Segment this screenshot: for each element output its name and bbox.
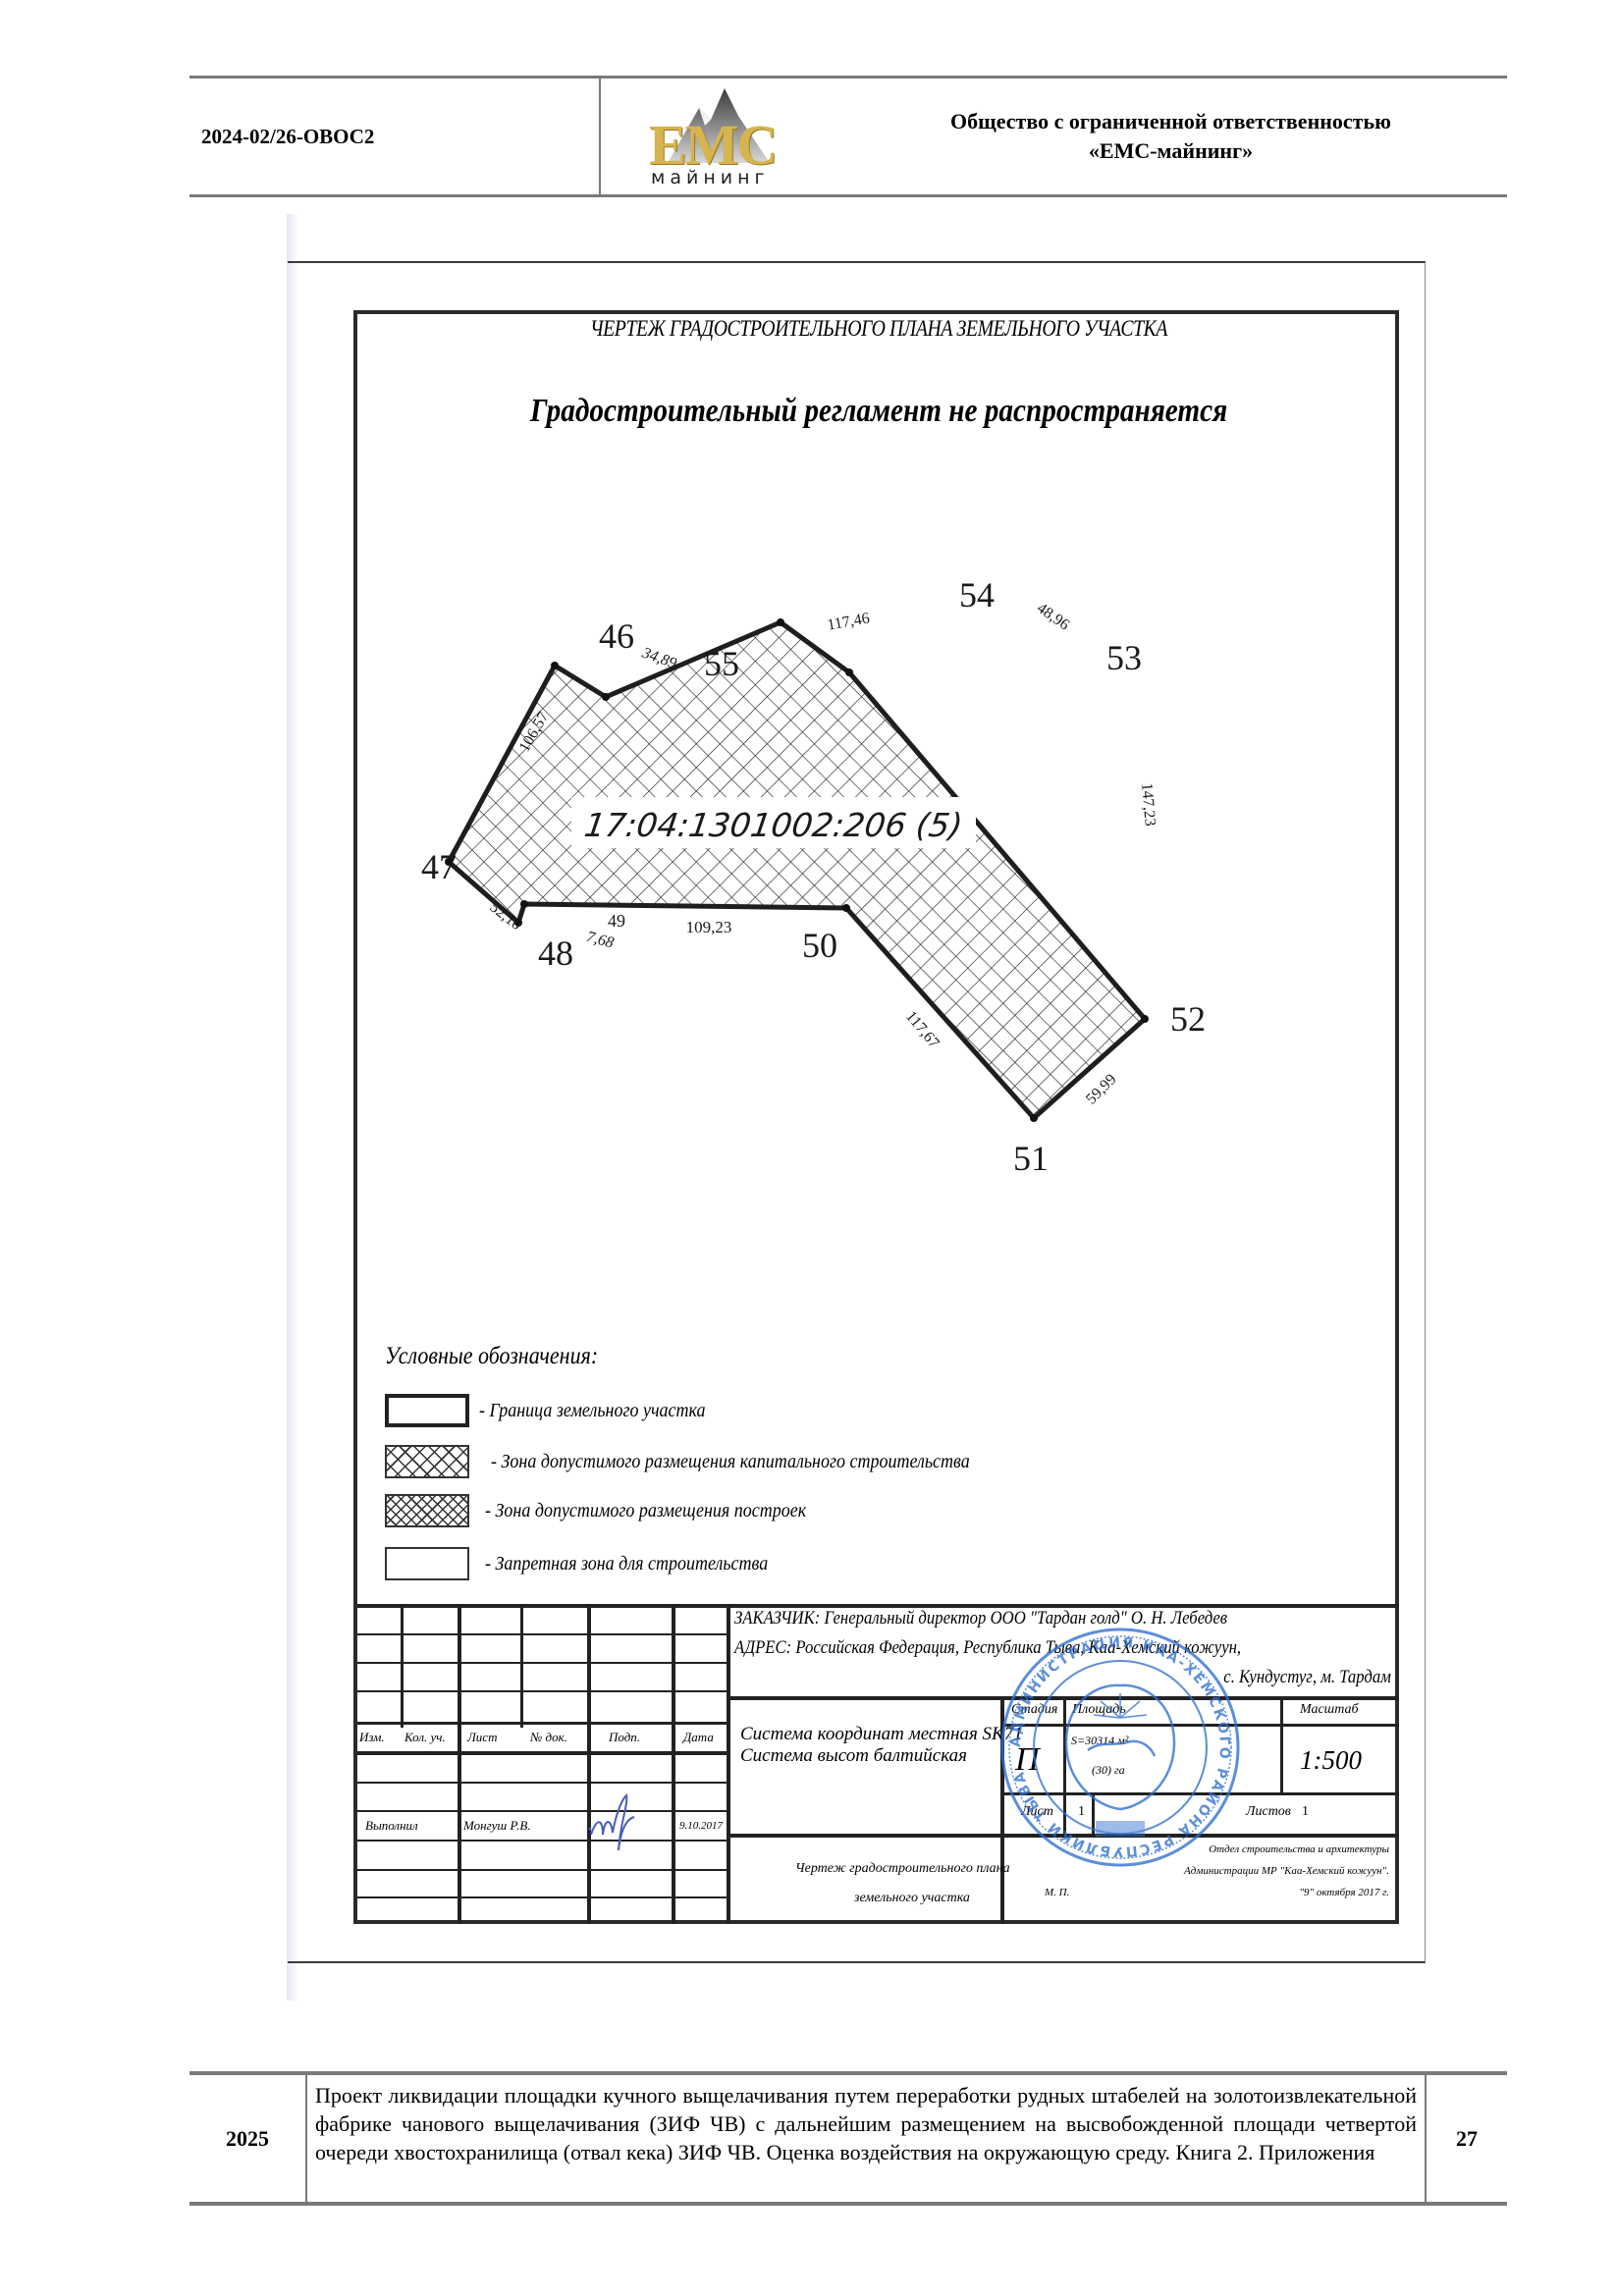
address-line-1: АДРЕС: Российская Федерация, Республика …: [734, 1637, 1241, 1659]
segment-length: 34,89: [639, 644, 679, 672]
vertex-label: 55: [704, 644, 739, 683]
performed-label: Выполнил: [365, 1818, 418, 1834]
empty-swatch-icon: [385, 1547, 469, 1580]
vertex-label: 47: [421, 847, 457, 886]
dense-hatch-swatch-icon: [385, 1494, 469, 1527]
vertex-label: 48: [538, 934, 573, 973]
performed-date: 9.10.2017: [679, 1820, 723, 1832]
legend-item-capital-construction: - Зона допустимого размещения капитально…: [385, 1445, 1023, 1478]
footer-page-number: 27: [1427, 2075, 1507, 2202]
legend-item-restricted: - Запретная зона для строительства: [385, 1547, 799, 1580]
vertex-point: [551, 662, 559, 669]
vertex-point: [842, 904, 850, 912]
vertex-label: 46: [599, 616, 634, 656]
approval-date: "9" октября 2017 г.: [1299, 1887, 1389, 1898]
column-header-sheet: Лист: [467, 1730, 497, 1745]
approval-line-2: Администрации МР "Каа-Хемский кожуун".: [1184, 1865, 1389, 1877]
customer-line: ЗАКАЗЧИК: Генеральный директор ООО "Тард…: [734, 1608, 1227, 1629]
footer-year: 2025: [189, 2075, 305, 2202]
scale-label: Масштаб: [1300, 1702, 1359, 1718]
vertex-point: [520, 900, 528, 908]
scale-value: 1:500: [1300, 1745, 1362, 1776]
vertex-label: 54: [959, 575, 995, 614]
segment-length: 59,99: [1083, 1071, 1119, 1107]
area-label: Площадь: [1072, 1702, 1126, 1718]
column-header-doc-number: № док.: [530, 1730, 567, 1745]
vertex-label: 50: [802, 926, 837, 965]
page-footer: 2025 Проект ликвидации площадки кучного …: [189, 2071, 1507, 2206]
signature-icon: [587, 1791, 646, 1860]
segment-length: 117,46: [826, 610, 871, 633]
segment-length: 7,68: [584, 929, 615, 952]
vertex-point: [1030, 1114, 1038, 1122]
drawing-name-line-1: Чертеж градостроительного плана: [795, 1861, 1010, 1877]
drawing-name-line-2: земельного участка: [854, 1891, 970, 1906]
column-header-date: Дата: [683, 1730, 714, 1745]
footer-description: Проект ликвидации площадки кучного выщел…: [305, 2075, 1427, 2202]
legend-item-buildings: - Зона допустимого размещения построек: [385, 1494, 842, 1527]
legend-item-boundary: - Граница земельного участка: [385, 1394, 730, 1427]
stage-value: П: [1015, 1741, 1040, 1779]
segment-length: 147,23: [1138, 782, 1158, 827]
approval-line-1: Отдел строительства и архитектуры: [1209, 1843, 1389, 1855]
vertex-point: [1141, 1015, 1149, 1023]
vertex-label: 53: [1106, 638, 1142, 677]
parcel-boundary: [449, 622, 1145, 1118]
column-header-count: Кол. уч.: [404, 1730, 446, 1745]
vertex-point: [845, 668, 853, 676]
legend-title: Условные обозначения:: [385, 1343, 598, 1370]
coordinate-system: Система координат местная SK71: [740, 1724, 1023, 1745]
segment-length: 117,67: [902, 1008, 943, 1051]
column-header-signature: Подп.: [609, 1730, 640, 1745]
height-system: Система высот балтийская: [740, 1745, 967, 1767]
area-value: S=30314 м²: [1071, 1734, 1128, 1748]
vertex-point: [777, 618, 784, 626]
segment-length: 109,23: [686, 918, 732, 936]
wide-hatch-swatch-icon: [385, 1445, 469, 1478]
sheets-value: 1: [1302, 1804, 1309, 1820]
address-line-2: с. Кундустуг, м. Тардам: [1223, 1667, 1391, 1688]
parcel-plan: 17:04:1301002:206 (5) 465554535251504948…: [0, 0, 1616, 2296]
vertex-label: 49: [608, 911, 625, 931]
parcel-cadastral-number: 17:04:1301002:206 (5): [582, 806, 965, 844]
title-block: Изм. Кол. уч. Лист № док. Подп. Дата Вып…: [357, 1604, 1399, 1924]
boundary-swatch-icon: [385, 1394, 469, 1427]
sheet-value: 1: [1078, 1804, 1085, 1820]
sheets-label: Листов: [1246, 1804, 1291, 1820]
sheet-label: Лист: [1021, 1804, 1053, 1820]
segment-length: 48,96: [1034, 600, 1072, 634]
vertex-point: [602, 693, 610, 701]
area-hectares: (30) га: [1092, 1763, 1125, 1778]
performed-by: Монгуш Р.В.: [463, 1818, 531, 1834]
stage-label: Стадия: [1011, 1702, 1057, 1718]
approval-seal-mark: М. П.: [1045, 1887, 1069, 1898]
vertex-label: 51: [1013, 1139, 1049, 1178]
vertex-label: 52: [1170, 999, 1206, 1039]
column-header-revision: Изм.: [359, 1730, 385, 1745]
